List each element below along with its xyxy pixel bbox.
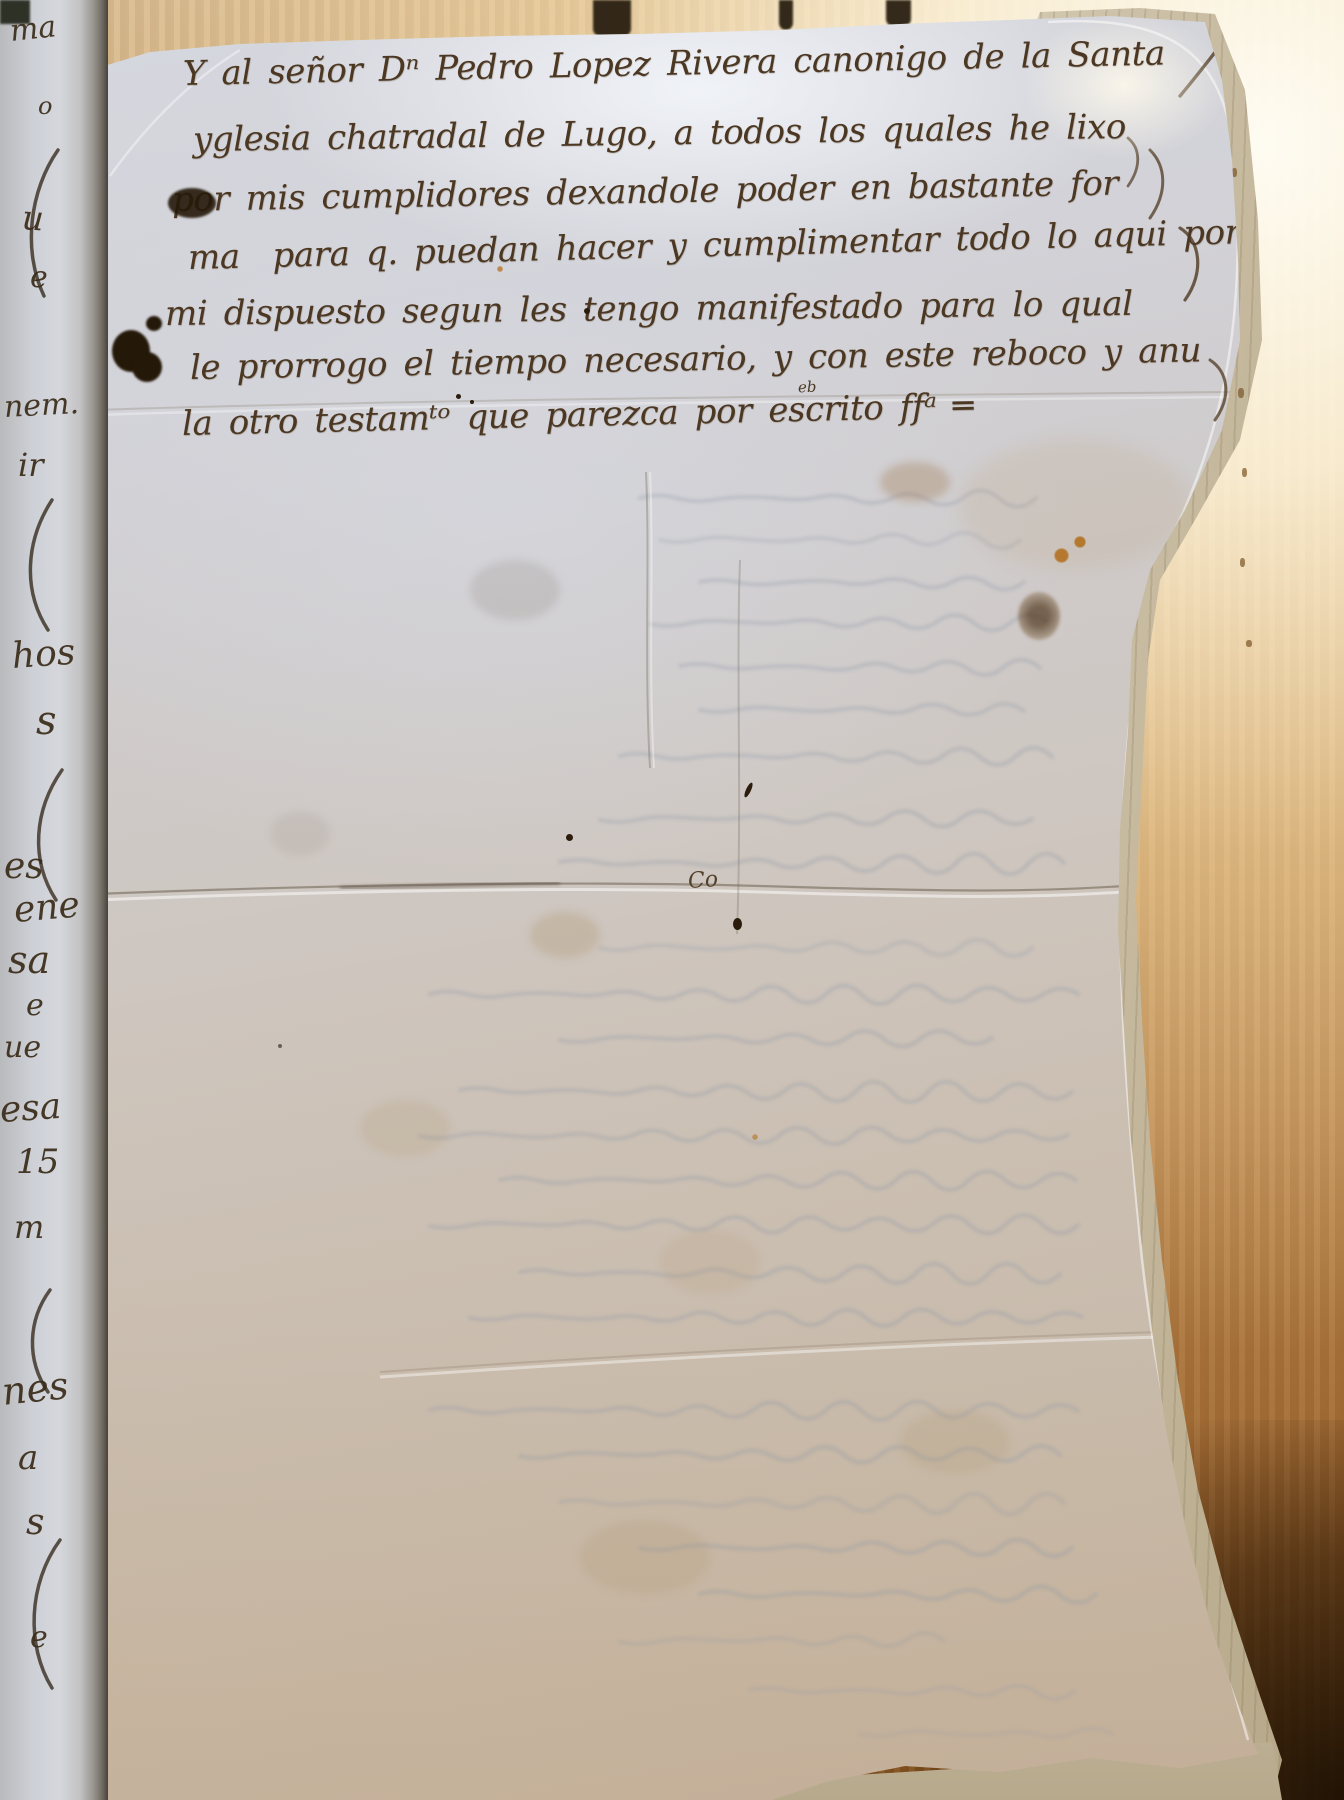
- margin-fragment: a: [18, 1438, 38, 1478]
- crease-ink-mark: Co: [687, 867, 719, 894]
- margin-fragment: s: [36, 698, 57, 744]
- stain: [660, 1230, 760, 1294]
- margin-fragment: hos: [11, 632, 77, 677]
- ink-blot: [132, 352, 162, 382]
- wood-plank-gap: [886, 0, 911, 26]
- ink-blot: [146, 316, 162, 331]
- stain: [960, 440, 1190, 570]
- margin-fragment: ue: [4, 1030, 41, 1065]
- previous-page-edge: ma o u e nem. ir hos s es ene sa e ue es…: [0, 0, 108, 1800]
- edge-ink-bleed: [1238, 388, 1244, 398]
- edge-ink-bleed: [1242, 468, 1247, 477]
- margin-fragment: nes: [0, 1363, 70, 1414]
- show-through-writing: [420, 490, 1112, 1736]
- edge-ink-bleed: [1240, 558, 1245, 567]
- stain: [900, 1410, 1010, 1474]
- archival-photo: Y al señor Dⁿ Pedro Lopez Rivera canonig…: [0, 0, 1344, 1800]
- wood-plank-gap: [779, 0, 793, 30]
- margin-fragment: e: [30, 260, 48, 295]
- ink-speck: [733, 918, 742, 930]
- margin-fragment: ene: [12, 884, 81, 931]
- ink-speck: [456, 394, 461, 399]
- stain: [530, 912, 600, 958]
- margin-fragment: e: [26, 988, 44, 1023]
- stain: [360, 1100, 450, 1156]
- interlinear-insertion: eb: [798, 378, 817, 397]
- ink-speck: [278, 1044, 282, 1048]
- stain: [580, 1520, 710, 1594]
- edge-ink-bleed: [1246, 640, 1252, 647]
- fold-creases: [96, 21, 1248, 1740]
- wood-plank-gap: [593, 0, 631, 36]
- margin-fragment: ma: [8, 9, 58, 49]
- rust-spot: [752, 1134, 758, 1140]
- margin-fragment: sa: [8, 938, 50, 982]
- margin-fragment: e: [30, 1620, 48, 1655]
- margin-fragment: nem.: [3, 386, 80, 425]
- ink-blot: [168, 188, 216, 218]
- ink-speck: [584, 308, 590, 314]
- stain: [470, 560, 560, 620]
- ink-speck: [470, 400, 474, 404]
- margin-fragment: ir: [18, 446, 44, 484]
- margin-fragment: m: [14, 1208, 44, 1246]
- stain: [1018, 592, 1060, 640]
- stain: [880, 462, 950, 502]
- margin-fragment: s: [26, 1502, 44, 1543]
- rust-spot: [497, 266, 503, 272]
- stain: [270, 812, 330, 856]
- margin-fragment: u: [21, 198, 46, 239]
- margin-fragment: o: [38, 92, 52, 120]
- margin-fragment: esa: [0, 1086, 63, 1131]
- margin-fragment: 15: [16, 1142, 59, 1182]
- ink-speck: [566, 834, 573, 841]
- margin-fragment: es: [4, 846, 44, 887]
